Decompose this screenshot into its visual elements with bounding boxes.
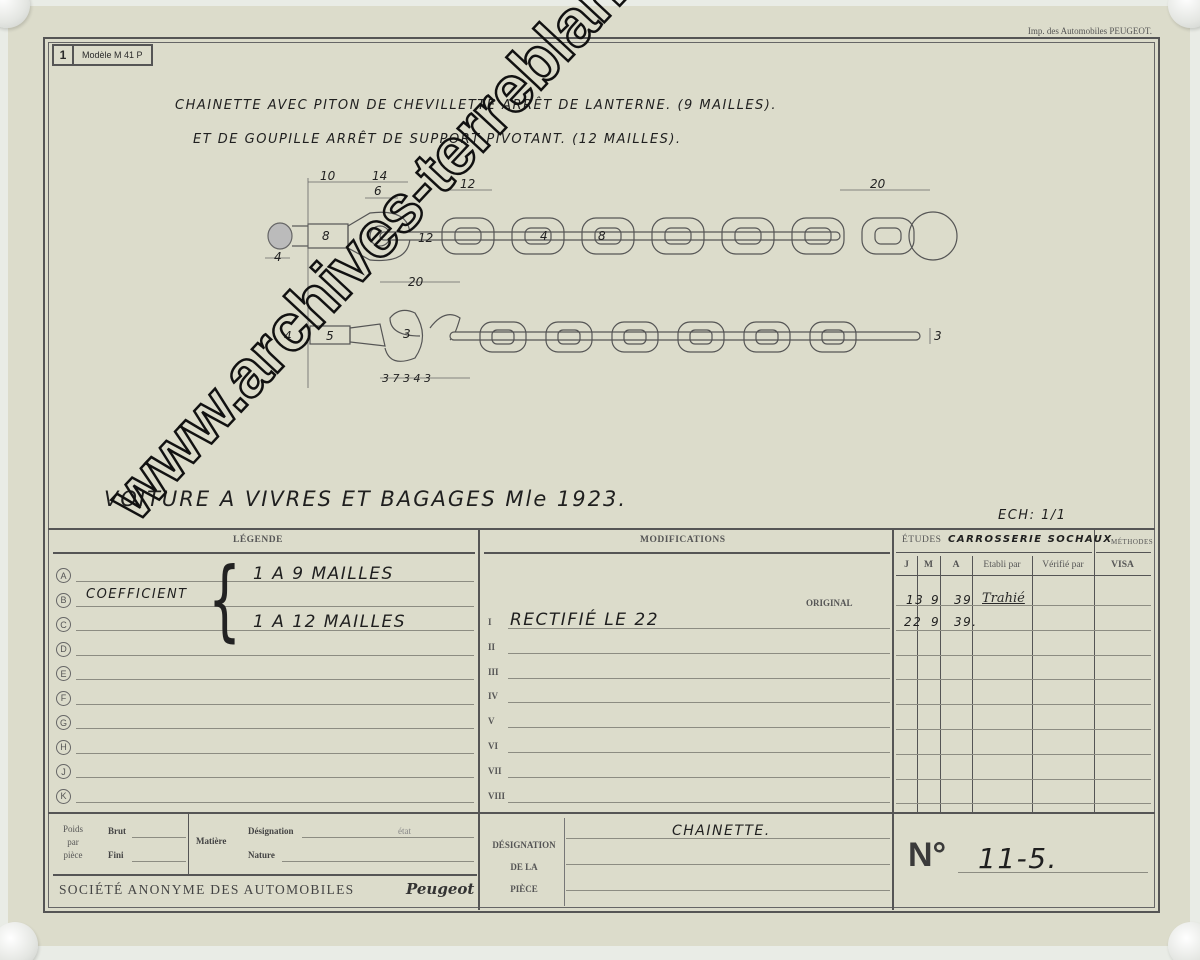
original-label: ORIGINAL <box>806 598 853 608</box>
etabli-signature: Trahié <box>982 591 1025 606</box>
etudes-row-line <box>896 704 1151 705</box>
legend-letter-b: B <box>56 593 71 608</box>
fini-label: Fini <box>108 850 124 860</box>
etudes-col-header-0: J <box>896 560 917 570</box>
coefficient-label: COEFFICIENT <box>86 587 188 602</box>
etudes-col-divider <box>940 556 941 812</box>
svg-text:12: 12 <box>418 231 433 245</box>
piece-label-1: DÉSIGNATION <box>484 834 564 856</box>
modification-1-text: RECTIFIÉ LE 22 <box>510 610 659 630</box>
etudes-row-line <box>896 779 1151 780</box>
legend-line <box>76 606 474 607</box>
etat-label: état <box>398 826 411 836</box>
etudes-row-line <box>896 803 1151 804</box>
svg-text:20: 20 <box>408 275 424 289</box>
legend-letter-h: H <box>56 740 71 755</box>
designation-label: Désignation <box>248 826 294 836</box>
etudes-row2-m: 9 <box>931 615 940 629</box>
brut-label: Brut <box>108 826 126 836</box>
poids-label-3: pièce <box>58 849 88 862</box>
svg-text:10: 10 <box>320 169 336 183</box>
svg-text:5: 5 <box>326 329 334 343</box>
etudes-row1-j: 13 <box>906 593 924 607</box>
etudes-col-divider <box>1032 556 1033 812</box>
svg-text:4: 4 <box>284 329 292 343</box>
etudes-row-line <box>896 729 1151 730</box>
etudes-row-line <box>896 754 1151 755</box>
etudes-col-header-1: M <box>917 560 940 570</box>
etudes-col-header-3: Etabli par <box>972 560 1032 570</box>
modification-numeral-4: IV <box>488 691 498 701</box>
etudes-row-line <box>896 630 1151 631</box>
model-label: Modèle M 41 P <box>74 46 151 64</box>
piece-label: DÉSIGNATION DE LA PIÈCE <box>484 834 564 900</box>
brace-icon: { <box>208 550 243 652</box>
legend-header: LÉGENDE <box>233 535 283 545</box>
etudes-col-divider <box>1094 556 1095 812</box>
legend-line <box>76 655 474 656</box>
poids-label-2: par <box>58 836 88 849</box>
legend-letter-f: F <box>56 691 71 706</box>
etudes-row1-m: 9 <box>931 593 940 607</box>
modification-line <box>508 802 890 803</box>
modification-line <box>508 752 890 753</box>
modifications-header: MODIFICATIONS <box>640 535 726 545</box>
svg-text:8: 8 <box>322 229 330 243</box>
legend-line <box>76 777 474 778</box>
nature-label: Nature <box>248 850 275 860</box>
methodes-header: MÉTHODES <box>1111 538 1153 546</box>
etudes-header: ÉTUDES <box>902 535 941 545</box>
etudes-department: CARROSSERIE SOCHAUX <box>948 534 1113 545</box>
modification-numeral-8: VIII <box>488 791 505 801</box>
etudes-row-line <box>896 679 1151 680</box>
etudes-row-line <box>896 655 1151 656</box>
svg-text:14: 14 <box>372 169 387 183</box>
svg-text:6: 6 <box>374 184 382 198</box>
svg-text:20: 20 <box>870 177 886 191</box>
modification-line <box>508 777 890 778</box>
drawing-number: 11-5. <box>978 842 1058 875</box>
sheet-number: 1 <box>54 46 74 64</box>
etudes-col-header-2: A <box>940 560 972 570</box>
coefficient-line-1: 1 A 9 MAILLES <box>253 564 394 584</box>
title-block: LÉGENDE ABCDEFGHJK COEFFICIENT { 1 A 9 M… <box>48 528 1155 908</box>
etudes-header-rule <box>896 575 1151 576</box>
poids-label: Poids par pièce <box>58 823 88 862</box>
legend-letter-g: G <box>56 715 71 730</box>
piece-name: CHAINETTE. <box>672 823 771 839</box>
svg-text:3 7 3 4 3: 3 7 3 4 3 <box>382 372 431 385</box>
poids-label-1: Poids <box>58 823 88 836</box>
modification-numeral-5: V <box>488 716 495 726</box>
legend-letter-k: K <box>56 789 71 804</box>
etudes-col-header-5: VISA <box>1094 560 1151 570</box>
piece-label-3: PIÈCE <box>484 878 564 900</box>
modification-line <box>508 702 890 703</box>
scale-label: ECH: 1/1 <box>998 508 1067 523</box>
modification-numeral-7: VII <box>488 766 502 776</box>
legend-line <box>76 704 474 705</box>
etudes-row2-a: 39. <box>954 615 978 629</box>
drawing-title-line1: CHAINETTE AVEC PITON DE CHEVILLETTE ARRÊ… <box>175 98 777 113</box>
legend-letter-c: C <box>56 617 71 632</box>
svg-text:4: 4 <box>540 229 548 243</box>
svg-text:12: 12 <box>460 177 475 191</box>
legend-letter-d: D <box>56 642 71 657</box>
legend-line <box>76 728 474 729</box>
legend-letter-a: A <box>56 568 71 583</box>
drawing-title-line2: ET DE GOUPILLE ARRÊT DE SUPPORT PIVOTANT… <box>193 132 682 147</box>
vehicle-title: VOITURE A VIVRES ET BAGAGES Mle 1923. <box>104 487 627 511</box>
etudes-row2-j: 22 <box>904 615 922 629</box>
model-box: 1 Modèle M 41 P <box>52 44 153 66</box>
matiere-label: Matière <box>196 836 226 846</box>
modification-line <box>508 678 890 679</box>
svg-text:4: 4 <box>274 250 282 264</box>
svg-text:3: 3 <box>934 329 942 343</box>
imprint-text: Imp. des Automobiles PEUGEOT. <box>1028 26 1152 36</box>
svg-text:3: 3 <box>403 327 411 341</box>
company-name: SOCIÉTÉ ANONYME DES AUTOMOBILES <box>59 882 354 898</box>
modification-line <box>508 653 890 654</box>
modification-numeral-2: II <box>488 642 495 652</box>
modification-numeral-1: I <box>488 617 492 627</box>
modification-numeral-3: III <box>488 667 499 677</box>
legend-line <box>76 802 474 803</box>
etudes-row1-a: 39 <box>954 593 972 607</box>
legend-letter-e: E <box>56 666 71 681</box>
legend-letter-j: J <box>56 764 71 779</box>
modification-line <box>508 727 890 728</box>
etudes-col-header-4: Vérifié par <box>1032 560 1094 570</box>
chain-technical-drawing: 10146 12204 20812 48 453 3 3 7 3 4 3 <box>250 168 970 398</box>
number-prefix: N° <box>908 836 946 875</box>
legend-line <box>76 679 474 680</box>
coefficient-line-2: 1 A 12 MAILLES <box>253 612 406 632</box>
legend-line <box>76 753 474 754</box>
svg-text:8: 8 <box>598 229 606 243</box>
modification-numeral-6: VI <box>488 741 498 751</box>
peugeot-logo: Peugeot <box>406 880 474 898</box>
piece-label-2: DE LA <box>484 856 564 878</box>
